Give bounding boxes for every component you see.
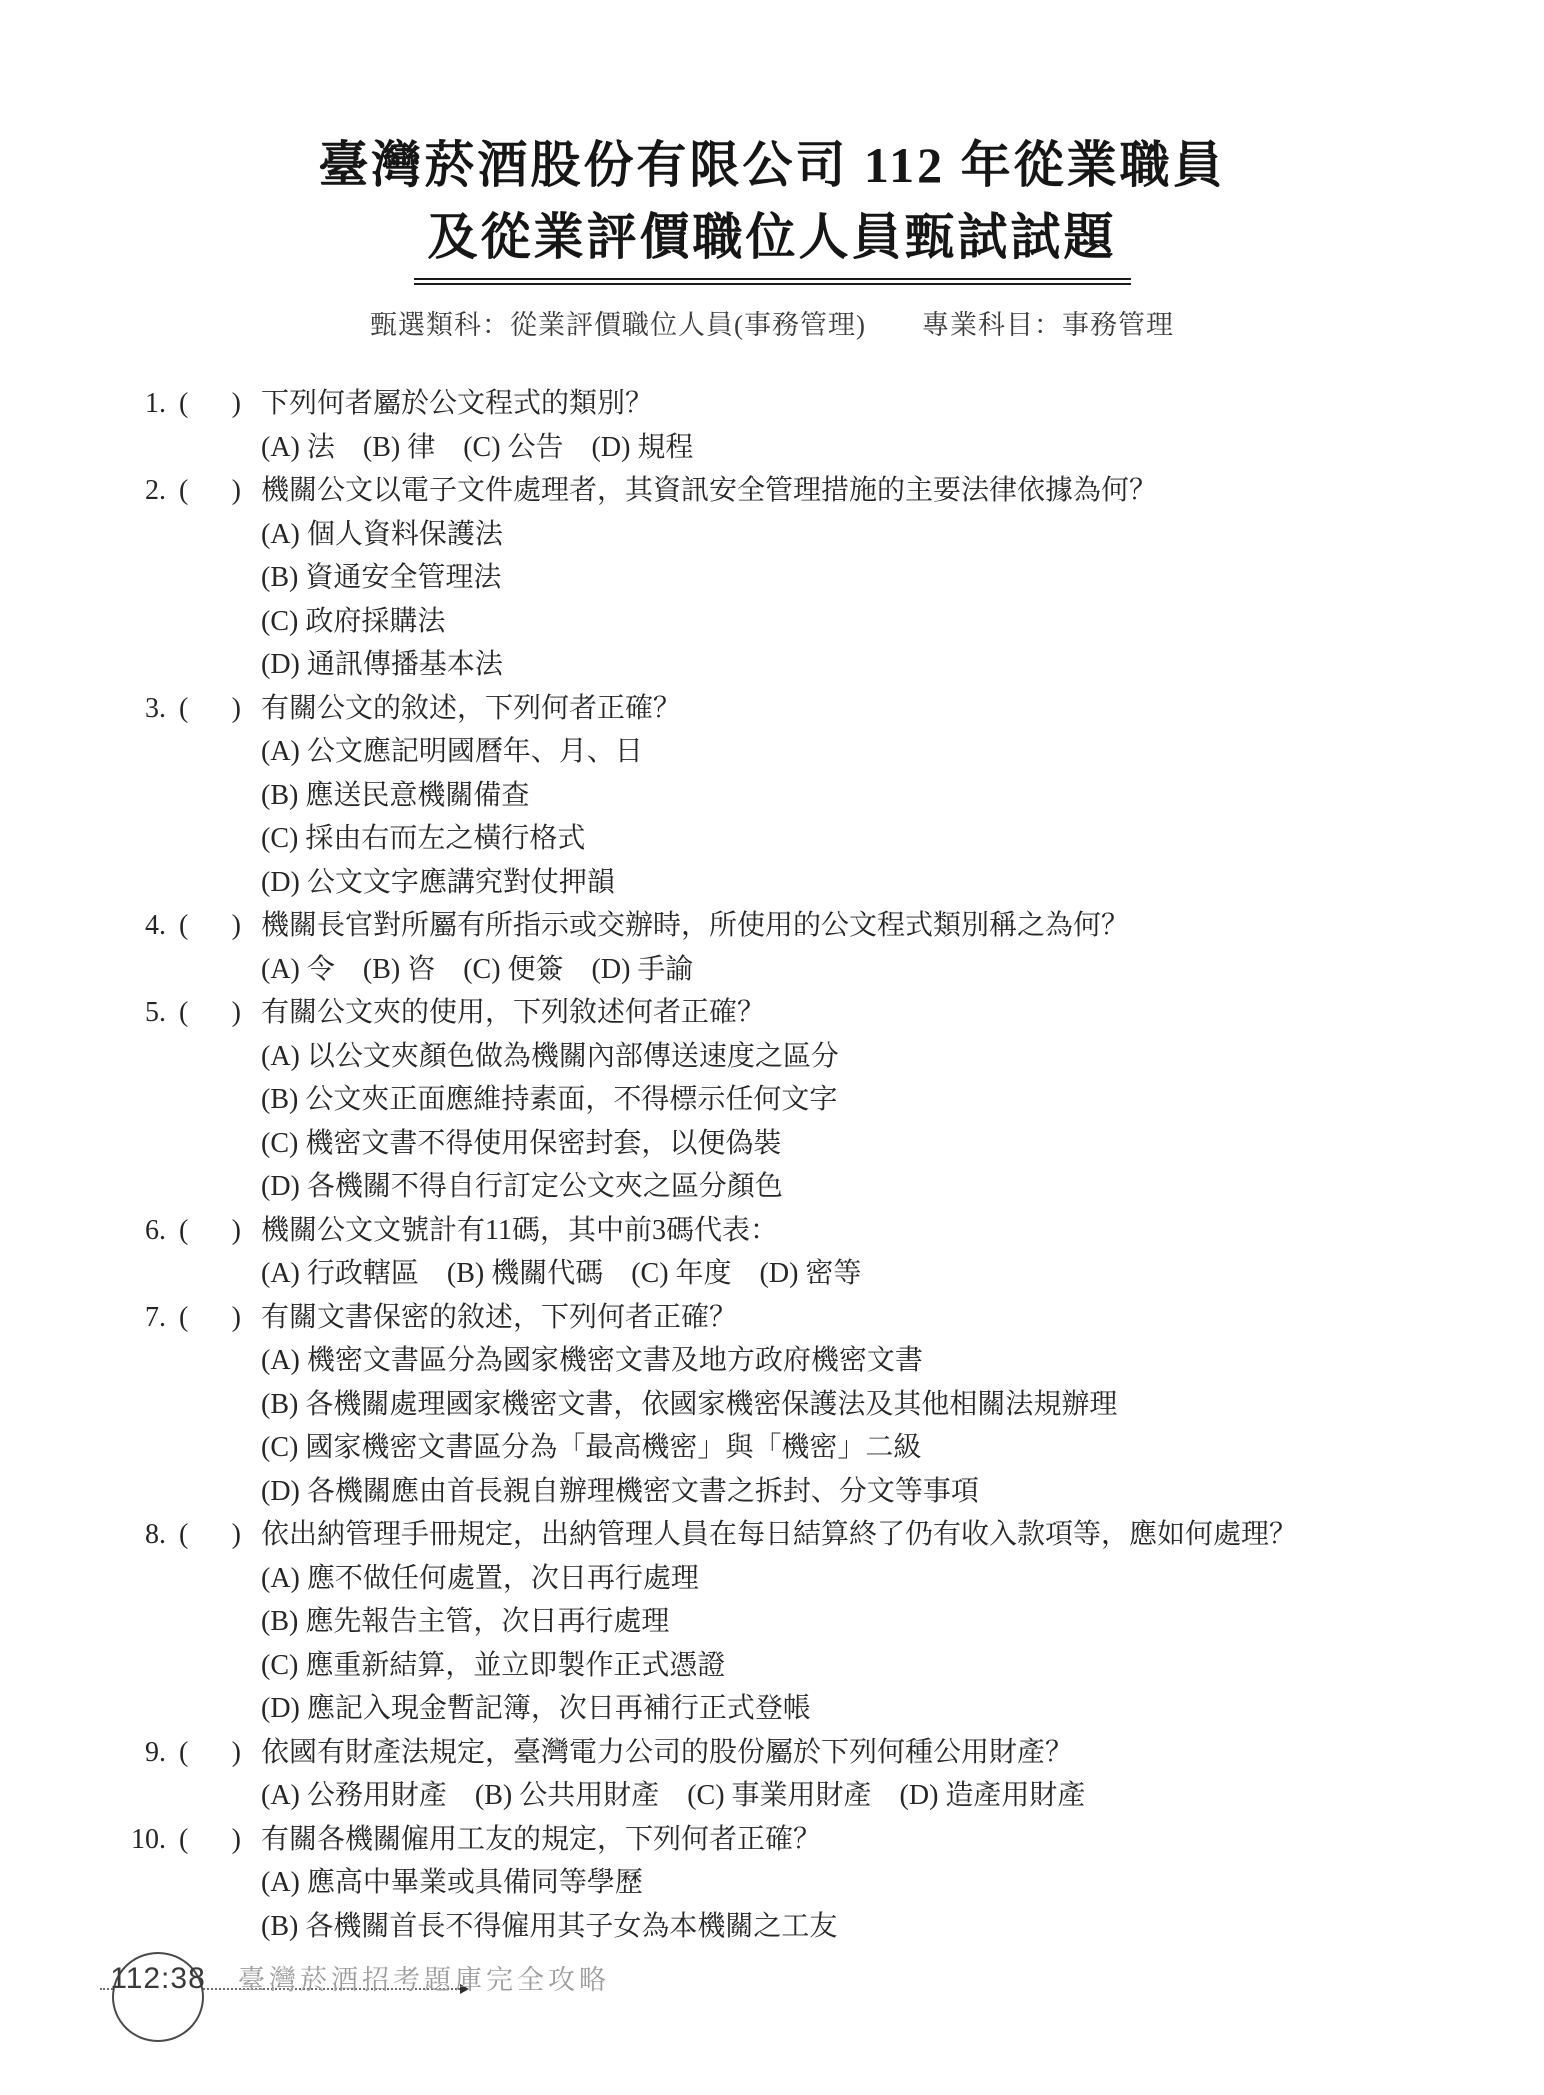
- option-line: (B) 應先報告主管，次日再行處理: [0, 1600, 1544, 1644]
- page-footer: 112:38 臺灣菸酒招考題庫完全攻略: [0, 1948, 1544, 2078]
- answer-blank-close-paren: ): [232, 469, 241, 513]
- question-stem: 有關公文夾的使用，下列敘述何者正確？: [261, 991, 765, 1035]
- question-options: (A) 以公文夾顏色做為機關內部傳送速度之區分(B) 公文夾正面應維持素面，不得…: [0, 1035, 1544, 1209]
- answer-blank-close-paren: ): [232, 1731, 241, 1775]
- exam-subtitle: 甄選類科：從業評價職位人員(事務管理) 專業科目：事務管理: [0, 303, 1544, 342]
- question-options: (A) 應不做任何處置，次日再行處理(B) 應先報告主管，次日再行處理(C) 應…: [0, 1557, 1544, 1731]
- question-stem: 有關公文的敘述，下列何者正確？: [261, 687, 681, 731]
- option-line: (A) 行政轄區 (B) 機關代碼 (C) 年度 (D) 密等: [0, 1252, 1544, 1296]
- answer-blank: ( ): [179, 469, 241, 513]
- question-number: 5.: [128, 991, 166, 1035]
- answer-blank: ( ): [179, 904, 241, 948]
- question-number: 1.: [128, 382, 166, 426]
- option-line: (C) 採由右而左之橫行格式: [0, 817, 1544, 861]
- question-options: (A) 行政轄區 (B) 機關代碼 (C) 年度 (D) 密等: [0, 1252, 1544, 1296]
- exam-page: 臺灣菸酒股份有限公司 112 年從業職員 及從業評價職位人員甄試試題 甄選類科：…: [0, 0, 1544, 2095]
- question-head: 5. ( ) 有關公文夾的使用，下列敘述何者正確？: [0, 991, 1544, 1035]
- answer-blank: ( ): [179, 382, 241, 426]
- answer-blank: ( ): [179, 1818, 241, 1862]
- option-line: (C) 應重新結算，並立即製作正式憑證: [0, 1644, 1544, 1688]
- option-line: (A) 應高中畢業或具備同等學歷: [0, 1861, 1544, 1905]
- question-options: (A) 機密文書區分為國家機密文書及地方政府機密文書(B) 各機關處理國家機密文…: [0, 1339, 1544, 1513]
- question-number: 4.: [128, 904, 166, 948]
- answer-blank-open-paren: (: [179, 904, 188, 948]
- answer-blank: ( ): [179, 1209, 241, 1253]
- option-line: (D) 各機關應由首長親自辦理機密文書之拆封、分文等事項: [0, 1470, 1544, 1514]
- exam-title-line1: 臺灣菸酒股份有限公司 112 年從業職員: [0, 132, 1544, 198]
- question-stem: 有關各機關僱用工友的規定，下列何者正確？: [261, 1818, 821, 1862]
- answer-blank-open-paren: (: [179, 1731, 188, 1775]
- question-head: 7. ( ) 有關文書保密的敘述，下列何者正確？: [0, 1296, 1544, 1340]
- question-number: 3.: [128, 687, 166, 731]
- question-row: 1. ( ) 下列何者屬於公文程式的類別？ (A) 法 (B) 律 (C) 公告…: [0, 382, 1544, 469]
- question-stem: 機關公文以電子文件處理者，其資訊安全管理措施的主要法律依據為何？: [261, 469, 1157, 513]
- exam-header: 臺灣菸酒股份有限公司 112 年從業職員 及從業評價職位人員甄試試題 甄選類科：…: [0, 0, 1544, 342]
- exam-title-line2: 及從業評價職位人員甄試試題: [414, 204, 1131, 285]
- question-number: 8.: [128, 1513, 166, 1557]
- question-number: 7.: [128, 1296, 166, 1340]
- question-row: 2. ( ) 機關公文以電子文件處理者，其資訊安全管理措施的主要法律依據為何？ …: [0, 469, 1544, 687]
- option-line: (B) 各機關首長不得僱用其子女為本機關之工友: [0, 1905, 1544, 1949]
- option-line: (B) 資通安全管理法: [0, 556, 1544, 600]
- option-line: (D) 公文文字應講究對仗押韻: [0, 861, 1544, 905]
- question-row: 6. ( ) 機關公文文號計有11碼，其中前3碼代表： (A) 行政轄區 (B)…: [0, 1209, 1544, 1296]
- option-line: (A) 公務用財產 (B) 公共用財產 (C) 事業用財產 (D) 造產用財產: [0, 1774, 1544, 1818]
- exam-title-line2-row: 及從業評價職位人員甄試試題: [0, 204, 1544, 285]
- option-line: (D) 各機關不得自行訂定公文夾之區分顏色: [0, 1165, 1544, 1209]
- option-line: (C) 政府採購法: [0, 600, 1544, 644]
- question-stem: 有關文書保密的敘述，下列何者正確？: [261, 1296, 737, 1340]
- option-line: (C) 國家機密文書區分為「最高機密」與「機密」二級: [0, 1426, 1544, 1470]
- option-line: (A) 機密文書區分為國家機密文書及地方政府機密文書: [0, 1339, 1544, 1383]
- option-line: (A) 應不做任何處置，次日再行處理: [0, 1557, 1544, 1601]
- question-stem: 機關公文文號計有11碼，其中前3碼代表：: [261, 1209, 778, 1253]
- footer-book-title: 臺灣菸酒招考題庫完全攻略: [238, 1958, 610, 1997]
- answer-blank-close-paren: ): [232, 1513, 241, 1557]
- answer-blank-close-paren: ): [232, 687, 241, 731]
- option-line: (A) 個人資料保護法: [0, 513, 1544, 557]
- answer-blank-close-paren: ): [232, 991, 241, 1035]
- question-options: (A) 令 (B) 咨 (C) 便簽 (D) 手諭: [0, 948, 1544, 992]
- question-options: (A) 個人資料保護法(B) 資通安全管理法(C) 政府採購法(D) 通訊傳播基…: [0, 513, 1544, 687]
- answer-blank: ( ): [179, 991, 241, 1035]
- option-line: (D) 應記入現金暫記簿，次日再補行正式登帳: [0, 1687, 1544, 1731]
- question-head: 3. ( ) 有關公文的敘述，下列何者正確？: [0, 687, 1544, 731]
- answer-blank-open-paren: (: [179, 1818, 188, 1862]
- answer-blank-close-paren: ): [232, 1818, 241, 1862]
- question-row: 8. ( ) 依出納管理手冊規定，出納管理人員在每日結算終了仍有收入款項等，應如…: [0, 1513, 1544, 1731]
- question-row: 7. ( ) 有關文書保密的敘述，下列何者正確？ (A) 機密文書區分為國家機密…: [0, 1296, 1544, 1514]
- question-head: 9. ( ) 依國有財產法規定，臺灣電力公司的股份屬於下列何種公用財產？: [0, 1731, 1544, 1775]
- option-line: (B) 各機關處理國家機密文書，依國家機密保護法及其他相關法規辦理: [0, 1383, 1544, 1427]
- answer-blank: ( ): [179, 1296, 241, 1340]
- question-list: 1. ( ) 下列何者屬於公文程式的類別？ (A) 法 (B) 律 (C) 公告…: [0, 382, 1544, 1948]
- answer-blank-open-paren: (: [179, 469, 188, 513]
- question-head: 10. ( ) 有關各機關僱用工友的規定，下列何者正確？: [0, 1818, 1544, 1862]
- answer-blank-open-paren: (: [179, 1296, 188, 1340]
- question-stem: 下列何者屬於公文程式的類別？: [261, 382, 653, 426]
- question-options: (A) 公文應記明國曆年、月、日(B) 應送民意機關備查(C) 採由右而左之橫行…: [0, 730, 1544, 904]
- question-number: 2.: [128, 469, 166, 513]
- answer-blank-close-paren: ): [232, 1209, 241, 1253]
- question-row: 9. ( ) 依國有財產法規定，臺灣電力公司的股份屬於下列何種公用財產？ (A)…: [0, 1731, 1544, 1818]
- question-head: 1. ( ) 下列何者屬於公文程式的類別？: [0, 382, 1544, 426]
- question-head: 2. ( ) 機關公文以電子文件處理者，其資訊安全管理措施的主要法律依據為何？: [0, 469, 1544, 513]
- question-options: (A) 法 (B) 律 (C) 公告 (D) 規程: [0, 426, 1544, 470]
- page-number-text: 112:38: [110, 1962, 206, 2040]
- answer-blank-open-paren: (: [179, 687, 188, 731]
- question-head: 8. ( ) 依出納管理手冊規定，出納管理人員在每日結算終了仍有收入款項等，應如…: [0, 1513, 1544, 1557]
- subtitle-subject: 專業科目：事務管理: [922, 303, 1174, 342]
- answer-blank-close-paren: ): [232, 1296, 241, 1340]
- answer-blank-open-paren: (: [179, 382, 188, 426]
- question-options: (A) 應高中畢業或具備同等學歷(B) 各機關首長不得僱用其子女為本機關之工友: [0, 1861, 1544, 1948]
- option-line: (A) 令 (B) 咨 (C) 便簽 (D) 手諭: [0, 948, 1544, 992]
- question-number: 10.: [128, 1818, 166, 1862]
- option-line: (D) 通訊傳播基本法: [0, 643, 1544, 687]
- option-line: (A) 法 (B) 律 (C) 公告 (D) 規程: [0, 426, 1544, 470]
- question-stem: 依國有財產法規定，臺灣電力公司的股份屬於下列何種公用財產？: [261, 1731, 1073, 1775]
- answer-blank-open-paren: (: [179, 1513, 188, 1557]
- answer-blank-close-paren: ): [232, 382, 241, 426]
- option-line: (A) 公文應記明國曆年、月、日: [0, 730, 1544, 774]
- question-row: 4. ( ) 機關長官對所屬有所指示或交辦時，所使用的公文程式類別稱之為何？ (…: [0, 904, 1544, 991]
- option-line: (B) 公文夾正面應維持素面，不得標示任何文字: [0, 1078, 1544, 1122]
- option-line: (A) 以公文夾顏色做為機關內部傳送速度之區分: [0, 1035, 1544, 1079]
- subtitle-category: 甄選類科：從業評價職位人員(事務管理): [370, 303, 866, 342]
- answer-blank-open-paren: (: [179, 991, 188, 1035]
- question-stem: 機關長官對所屬有所指示或交辦時，所使用的公文程式類別稱之為何？: [261, 904, 1129, 948]
- question-head: 4. ( ) 機關長官對所屬有所指示或交辦時，所使用的公文程式類別稱之為何？: [0, 904, 1544, 948]
- answer-blank: ( ): [179, 1513, 241, 1557]
- answer-blank: ( ): [179, 687, 241, 731]
- question-head: 6. ( ) 機關公文文號計有11碼，其中前3碼代表：: [0, 1209, 1544, 1253]
- question-number: 6.: [128, 1209, 166, 1253]
- question-row: 10. ( ) 有關各機關僱用工友的規定，下列何者正確？ (A) 應高中畢業或具…: [0, 1818, 1544, 1949]
- option-line: (C) 機密文書不得使用保密封套，以便偽裝: [0, 1122, 1544, 1166]
- question-stem: 依出納管理手冊規定，出納管理人員在每日結算終了仍有收入款項等，應如何處理？: [261, 1513, 1297, 1557]
- answer-blank-open-paren: (: [179, 1209, 188, 1253]
- option-line: (B) 應送民意機關備查: [0, 774, 1544, 818]
- page-number-badge: 112:38: [112, 1952, 204, 2042]
- question-row: 3. ( ) 有關公文的敘述，下列何者正確？ (A) 公文應記明國曆年、月、日(…: [0, 687, 1544, 905]
- question-number: 9.: [128, 1731, 166, 1775]
- question-row: 5. ( ) 有關公文夾的使用，下列敘述何者正確？ (A) 以公文夾顏色做為機關…: [0, 991, 1544, 1209]
- answer-blank-close-paren: ): [232, 904, 241, 948]
- answer-blank: ( ): [179, 1731, 241, 1775]
- question-options: (A) 公務用財產 (B) 公共用財產 (C) 事業用財產 (D) 造產用財產: [0, 1774, 1544, 1818]
